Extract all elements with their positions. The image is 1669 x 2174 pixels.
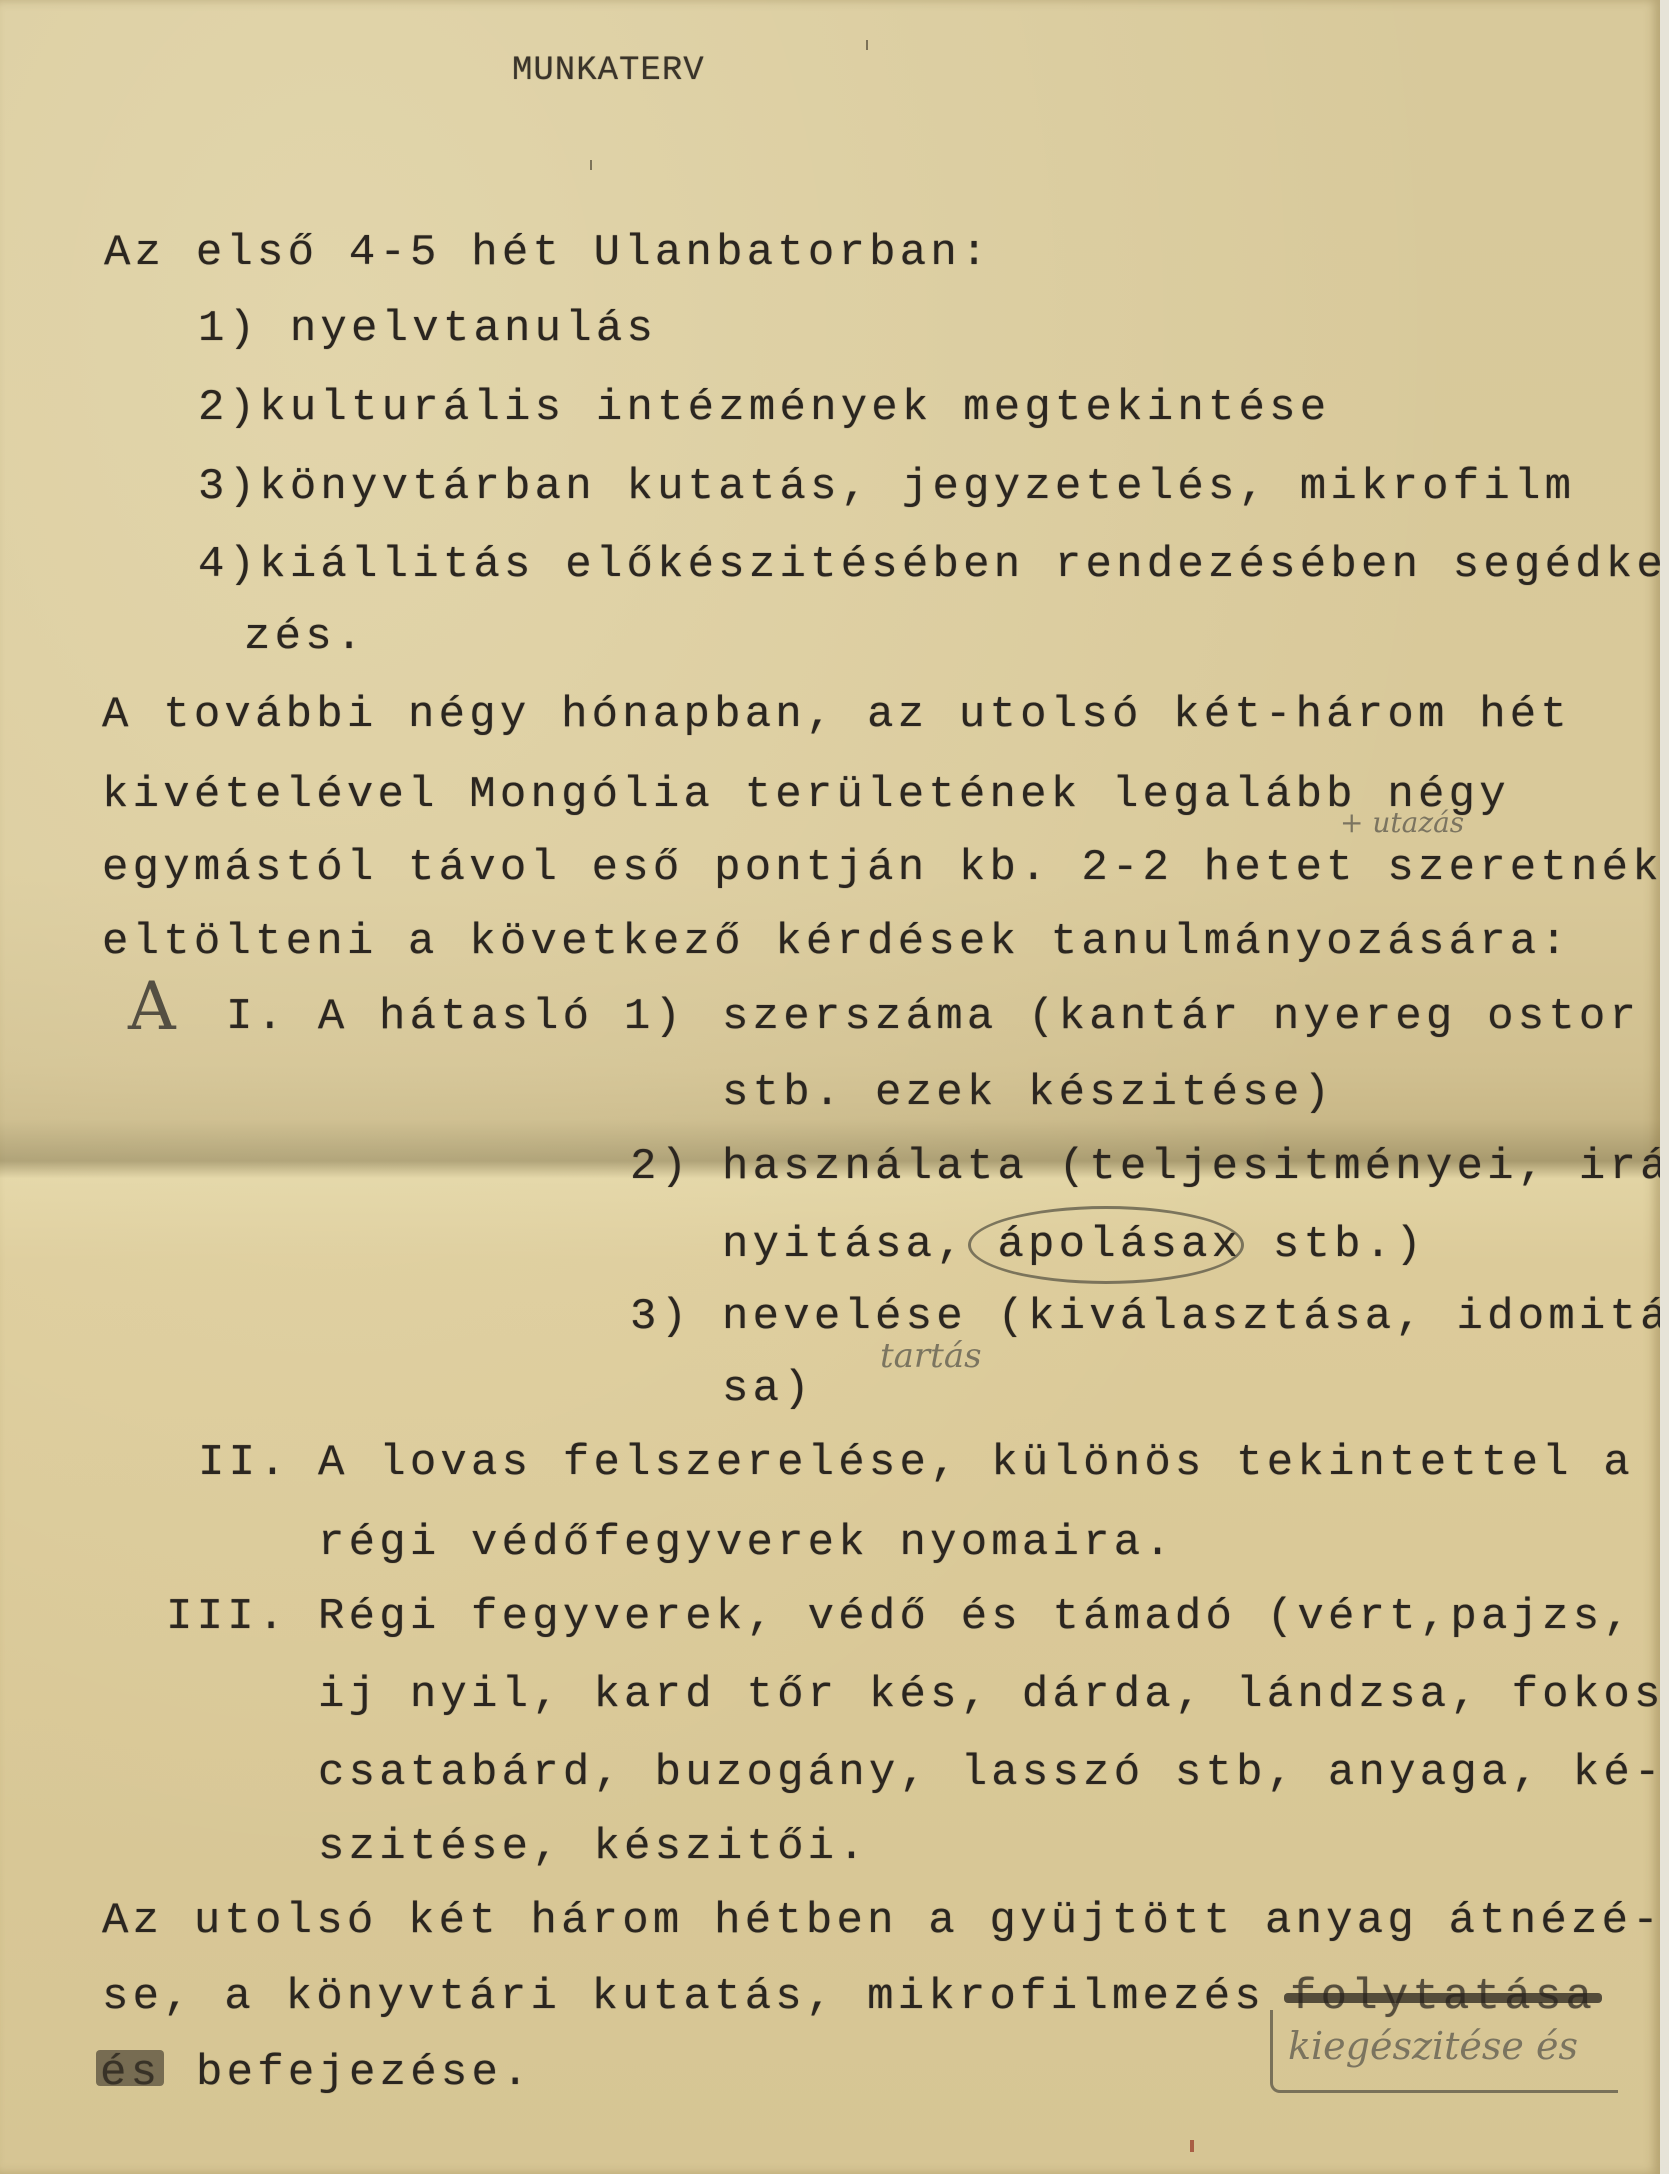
- paper-speck: [590, 160, 592, 170]
- paper-speck: [866, 40, 868, 50]
- topic-1-sub3-line-1: nevelése (kiválasztása, idomitá: [722, 1292, 1669, 1342]
- handwritten-travel-insert: + utazás: [1340, 806, 1464, 839]
- topic-2-line-1: A lovas felszerelése, különös tekintette…: [318, 1438, 1634, 1488]
- topic-1-sub3-number: 3): [630, 1292, 691, 1342]
- paragraph-line-4: eltölteni a következő kérdések tanulmány…: [102, 917, 1571, 967]
- topic-1-sub3-line-2: sa): [722, 1364, 814, 1414]
- topic-2-line-2: régi védőfegyverek nyomaira.: [318, 1518, 1175, 1568]
- document-title: MUNKATERV: [512, 52, 705, 90]
- closing-line-1: Az utolsó két három hétben a gyüjtött an…: [102, 1896, 1663, 1946]
- handwritten-margin-mark: A: [128, 968, 176, 1045]
- paragraph-line-2: kivételével Mongólia területének legaláb…: [102, 770, 1510, 820]
- strikethrough-mark: [1284, 1993, 1602, 2003]
- handwritten-keeping-insert: tartás: [880, 1336, 982, 1376]
- scan-edge: [1660, 0, 1669, 2174]
- list-item-1: 1) nyelvtanulás: [198, 304, 657, 354]
- topic-1-heading: I. A hátasló 1): [226, 992, 685, 1042]
- list-item-4: 4)kiállitás előkészitésében rendezésében…: [198, 540, 1667, 590]
- list-item-4-continuation: zés.: [244, 612, 366, 662]
- topic-1-line-1: szerszáma (kantár nyereg ostor: [722, 992, 1640, 1042]
- list-item-2: 2)kulturális intézmények megtekintése: [198, 383, 1330, 433]
- struck-out-prefix-mark: [96, 2050, 164, 2086]
- topic-3-line-4: szitése, készitői.: [318, 1822, 869, 1872]
- topic-2-number: II.: [198, 1438, 290, 1488]
- topic-3-line-1: Régi fegyverek, védő és támadó (vért,paj…: [318, 1592, 1634, 1642]
- typewritten-page: MUNKATERV Az első 4-5 hét Ulanbatorban: …: [0, 0, 1660, 2174]
- closing-line-2: se, a könyvtári kutatás, mikrofilmezés: [102, 1972, 1265, 2022]
- handwritten-circle-mark: [968, 1206, 1244, 1284]
- topic-3-number: III.: [166, 1592, 288, 1642]
- intro-line: Az első 4-5 hét Ulanbatorban:: [104, 228, 992, 278]
- handwritten-completion-insert: kiegészitése és: [1288, 2024, 1578, 2068]
- list-item-3: 3)könyvtárban kutatás, jegyzetelés, mikr…: [198, 462, 1575, 512]
- topic-1-sub2-number: 2): [630, 1142, 691, 1192]
- paragraph-line-3: egymástól távol eső pontján kb. 2-2 hete…: [102, 843, 1663, 893]
- closing-line-3: befejezése.: [196, 2048, 533, 2098]
- paragraph-line-1: A további négy hónapban, az utolsó két-h…: [102, 690, 1571, 740]
- topic-1-line-2: stb. ezek készitése): [722, 1068, 1334, 1118]
- topic-3-line-2: ij nyil, kard tőr kés, dárda, lándzsa, f…: [318, 1670, 1665, 1720]
- topic-1-sub2-line-1: használata (teljesitményei, irá: [722, 1142, 1669, 1192]
- ink-speck: [1190, 2140, 1194, 2152]
- topic-3-line-3: csatabárd, buzogány, lasszó stb, anyaga,…: [318, 1748, 1665, 1798]
